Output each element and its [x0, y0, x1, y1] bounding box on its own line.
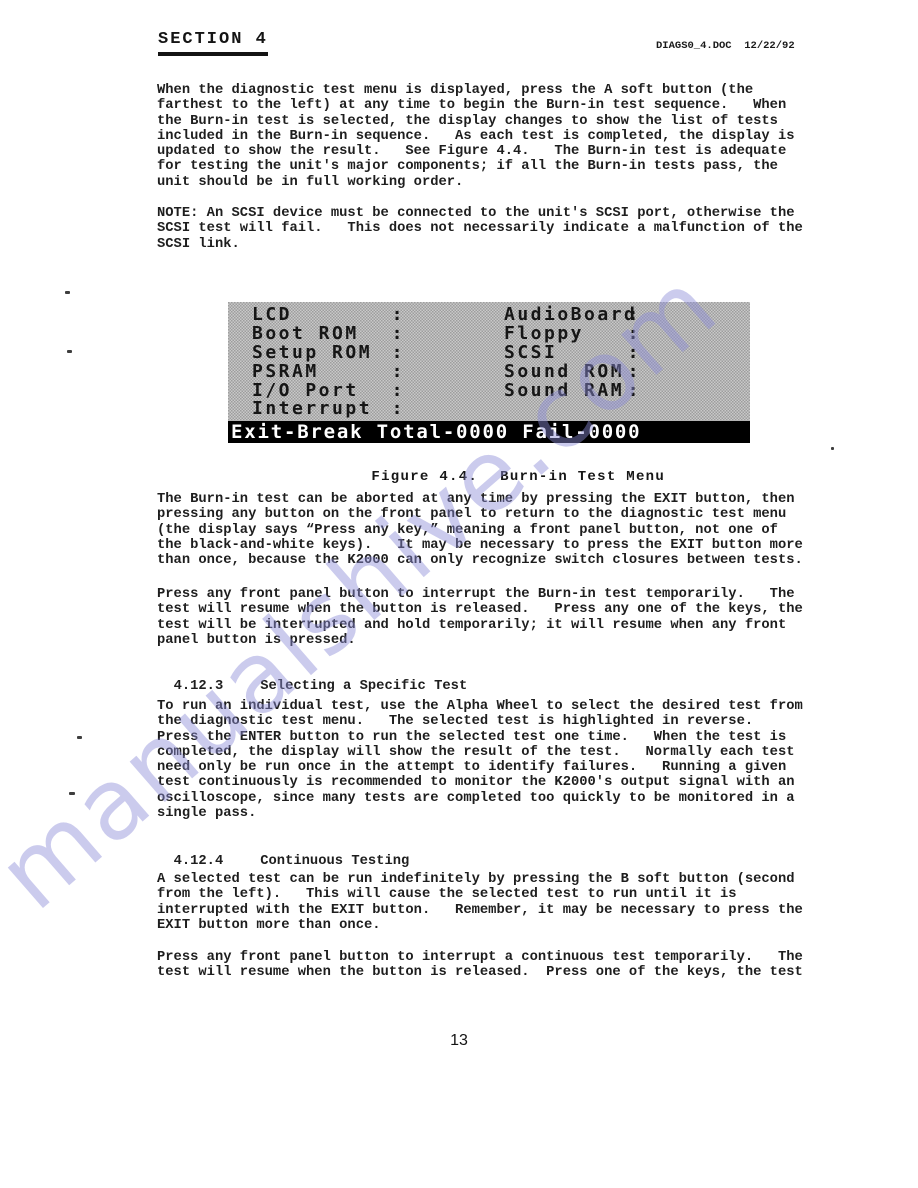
lcd-test-label: I/O Port — [252, 380, 359, 401]
lcd-test-label: Sound ROM — [504, 361, 624, 382]
lcd-test-result-colon: : — [392, 400, 405, 419]
heading-number: 4.12.4 — [174, 854, 224, 869]
figure-caption-title: Burn-in Test Menu — [500, 469, 665, 485]
page-title: SECTION 4 — [158, 30, 268, 56]
lcd-test-result-colon: : — [392, 344, 405, 363]
heading-continuous-testing: 4.12.4Continuous Testing — [157, 839, 409, 870]
paragraph-interrupt-burn-in: Press any front panel button to interrup… — [157, 587, 803, 648]
lcd-test-label: SCSI — [504, 342, 557, 363]
paragraph-scsi-note: NOTE: An SCSI device must be connected t… — [157, 206, 803, 252]
lcd-test-label: Setup ROM — [252, 342, 372, 363]
lcd-test-result-colon: : — [628, 344, 641, 363]
lcd-test-label: PSRAM — [252, 361, 319, 382]
lcd-test-label: Interrupt — [252, 398, 372, 419]
heading-title: Continuous Testing — [260, 854, 409, 869]
lcd-test-label: Sound RAM — [504, 380, 624, 401]
scan-artifact-dot — [77, 736, 82, 739]
heading-number: 4.12.3 — [174, 679, 224, 694]
lcd-test-item: Sound RAM: — [504, 382, 641, 401]
lcd-screen: LCD: Boot ROM: Setup ROM: PSRAM: I/O Por… — [228, 302, 750, 421]
scan-artifact-dot — [69, 792, 75, 795]
figure-caption: Figure 4.4.Burn-in Test Menu — [352, 453, 665, 485]
lcd-test-label: Boot ROM — [252, 323, 359, 344]
lcd-test-result-colon: : — [628, 325, 641, 344]
scan-artifact-dot — [65, 291, 70, 294]
document-reference: DIAGS0_4.DOC 12/22/92 — [656, 40, 795, 52]
figure-caption-label: Figure 4.4. — [371, 469, 478, 485]
paragraph-continuous-test: A selected test can be run indefinitely … — [157, 872, 803, 933]
paragraph-abort-burn-in: The Burn-in test can be aborted at any t… — [157, 492, 803, 568]
lcd-test-label: LCD — [252, 304, 292, 325]
paragraph-continuous-interrupt: Press any front panel button to interrup… — [157, 950, 803, 981]
lcd-test-result-colon: : — [628, 363, 641, 382]
heading-selecting-specific-test: 4.12.3Selecting a Specific Test — [157, 664, 467, 695]
lcd-test-result-colon: : — [628, 382, 641, 401]
lcd-test-label: Floppy — [504, 323, 584, 344]
page-number: 13 — [0, 1032, 918, 1050]
lcd-test-result-colon: : — [392, 325, 405, 344]
heading-title: Selecting a Specific Test — [260, 679, 467, 694]
paragraph-burn-in-intro: When the diagnostic test menu is display… — [157, 83, 795, 190]
lcd-test-list-right: AudioBoard: Floppy: SCSI: Sound ROM: Sou… — [504, 306, 641, 400]
scan-artifact-dot — [67, 350, 72, 353]
lcd-test-label: AudioBoard — [504, 304, 637, 325]
lcd-status-bar: Exit-Break Total-0000 Fail-0000 — [228, 421, 750, 443]
figure-burn-in-test-menu: LCD: Boot ROM: Setup ROM: PSRAM: I/O Por… — [228, 302, 750, 443]
lcd-test-item: Interrupt: — [252, 400, 405, 419]
lcd-test-result-colon: : — [392, 363, 405, 382]
scan-artifact-dot — [831, 447, 834, 450]
lcd-test-list-left: LCD: Boot ROM: Setup ROM: PSRAM: I/O Por… — [252, 306, 405, 419]
paragraph-individual-test: To run an individual test, use the Alpha… — [157, 699, 803, 821]
